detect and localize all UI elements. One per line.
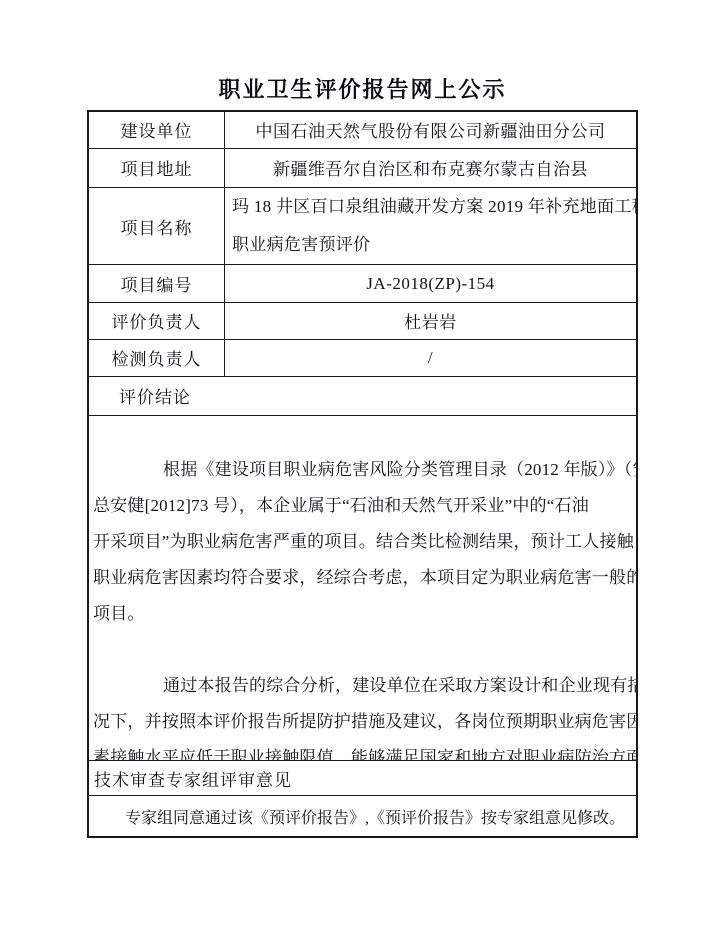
table-row-conclusion-body: 根据《建设项目职业病危害风险分类管理目录（2012 年版）》（安监 总安健[20… [89, 416, 636, 761]
table-row-evaluation-leader: 评价负责人 杜岩岩 [89, 303, 636, 340]
table-row-expert-opinion: 专家组同意通过该《预评价报告》,《预评价报告》按专家组意见修改。 [89, 796, 636, 836]
field-value-project-number: JA-2018(ZP)-154 [225, 265, 636, 302]
table-row-construction-unit: 建设单位 中国石油天然气股份有限公司新疆油田分公司 [89, 112, 636, 149]
table-row-project-number: 项目编号 JA-2018(ZP)-154 [89, 265, 636, 303]
field-label-project-number: 项目编号 [89, 265, 225, 302]
table-row-project-address: 项目地址 新疆维吾尔自治区和布克赛尔蒙古自治县 [89, 149, 636, 189]
field-value-project-address: 新疆维吾尔自治区和布克赛尔蒙古自治县 [225, 149, 636, 188]
field-value-testing-leader: / [225, 340, 636, 377]
conclusion-paragraph-1: 根据《建设项目职业病危害风险分类管理目录（2012 年版）》（安监 总安健[20… [93, 460, 636, 623]
page-title: 职业卫生评价报告网上公示 [0, 72, 725, 108]
field-label-evaluation-leader: 评价负责人 [89, 303, 225, 339]
conclusion-paragraph-2: 通过本报告的综合分析，建设单位在采取方案设计和企业现有措施情 况下，并按照本评价… [93, 676, 636, 760]
field-label-project-address: 项目地址 [89, 149, 225, 188]
expert-review-header: 技术审查专家组评审意见 [89, 761, 636, 796]
table-row-conclusion-header: 评价结论 [89, 377, 636, 416]
document-page: 职业卫生评价报告网上公示 建设单位 中国石油天然气股份有限公司新疆油田分公司 项… [0, 0, 725, 946]
table-row-testing-leader: 检测负责人 / [89, 340, 636, 378]
field-label-project-name: 项目名称 [89, 188, 225, 264]
field-label-testing-leader: 检测负责人 [89, 340, 225, 377]
table-row-project-name: 项目名称 玛 18 井区百口泉组油藏开发方案 2019 年补充地面工程 职业病危… [89, 188, 636, 265]
expert-opinion-text: 专家组同意通过该《预评价报告》,《预评价报告》按专家组意见修改。 [89, 796, 636, 836]
field-value-project-name: 玛 18 井区百口泉组油藏开发方案 2019 年补充地面工程 职业病危害预评价 [225, 188, 636, 264]
conclusion-body: 根据《建设项目职业病危害风险分类管理目录（2012 年版）》（安监 总安健[20… [89, 416, 636, 760]
table-row-expert-header: 技术审查专家组评审意见 [89, 761, 636, 797]
conclusion-header: 评价结论 [89, 377, 636, 415]
notice-table: 建设单位 中国石油天然气股份有限公司新疆油田分公司 项目地址 新疆维吾尔自治区和… [87, 110, 638, 838]
field-label-construction-unit: 建设单位 [89, 112, 225, 148]
field-value-construction-unit: 中国石油天然气股份有限公司新疆油田分公司 [225, 112, 636, 148]
field-value-evaluation-leader: 杜岩岩 [225, 303, 636, 339]
